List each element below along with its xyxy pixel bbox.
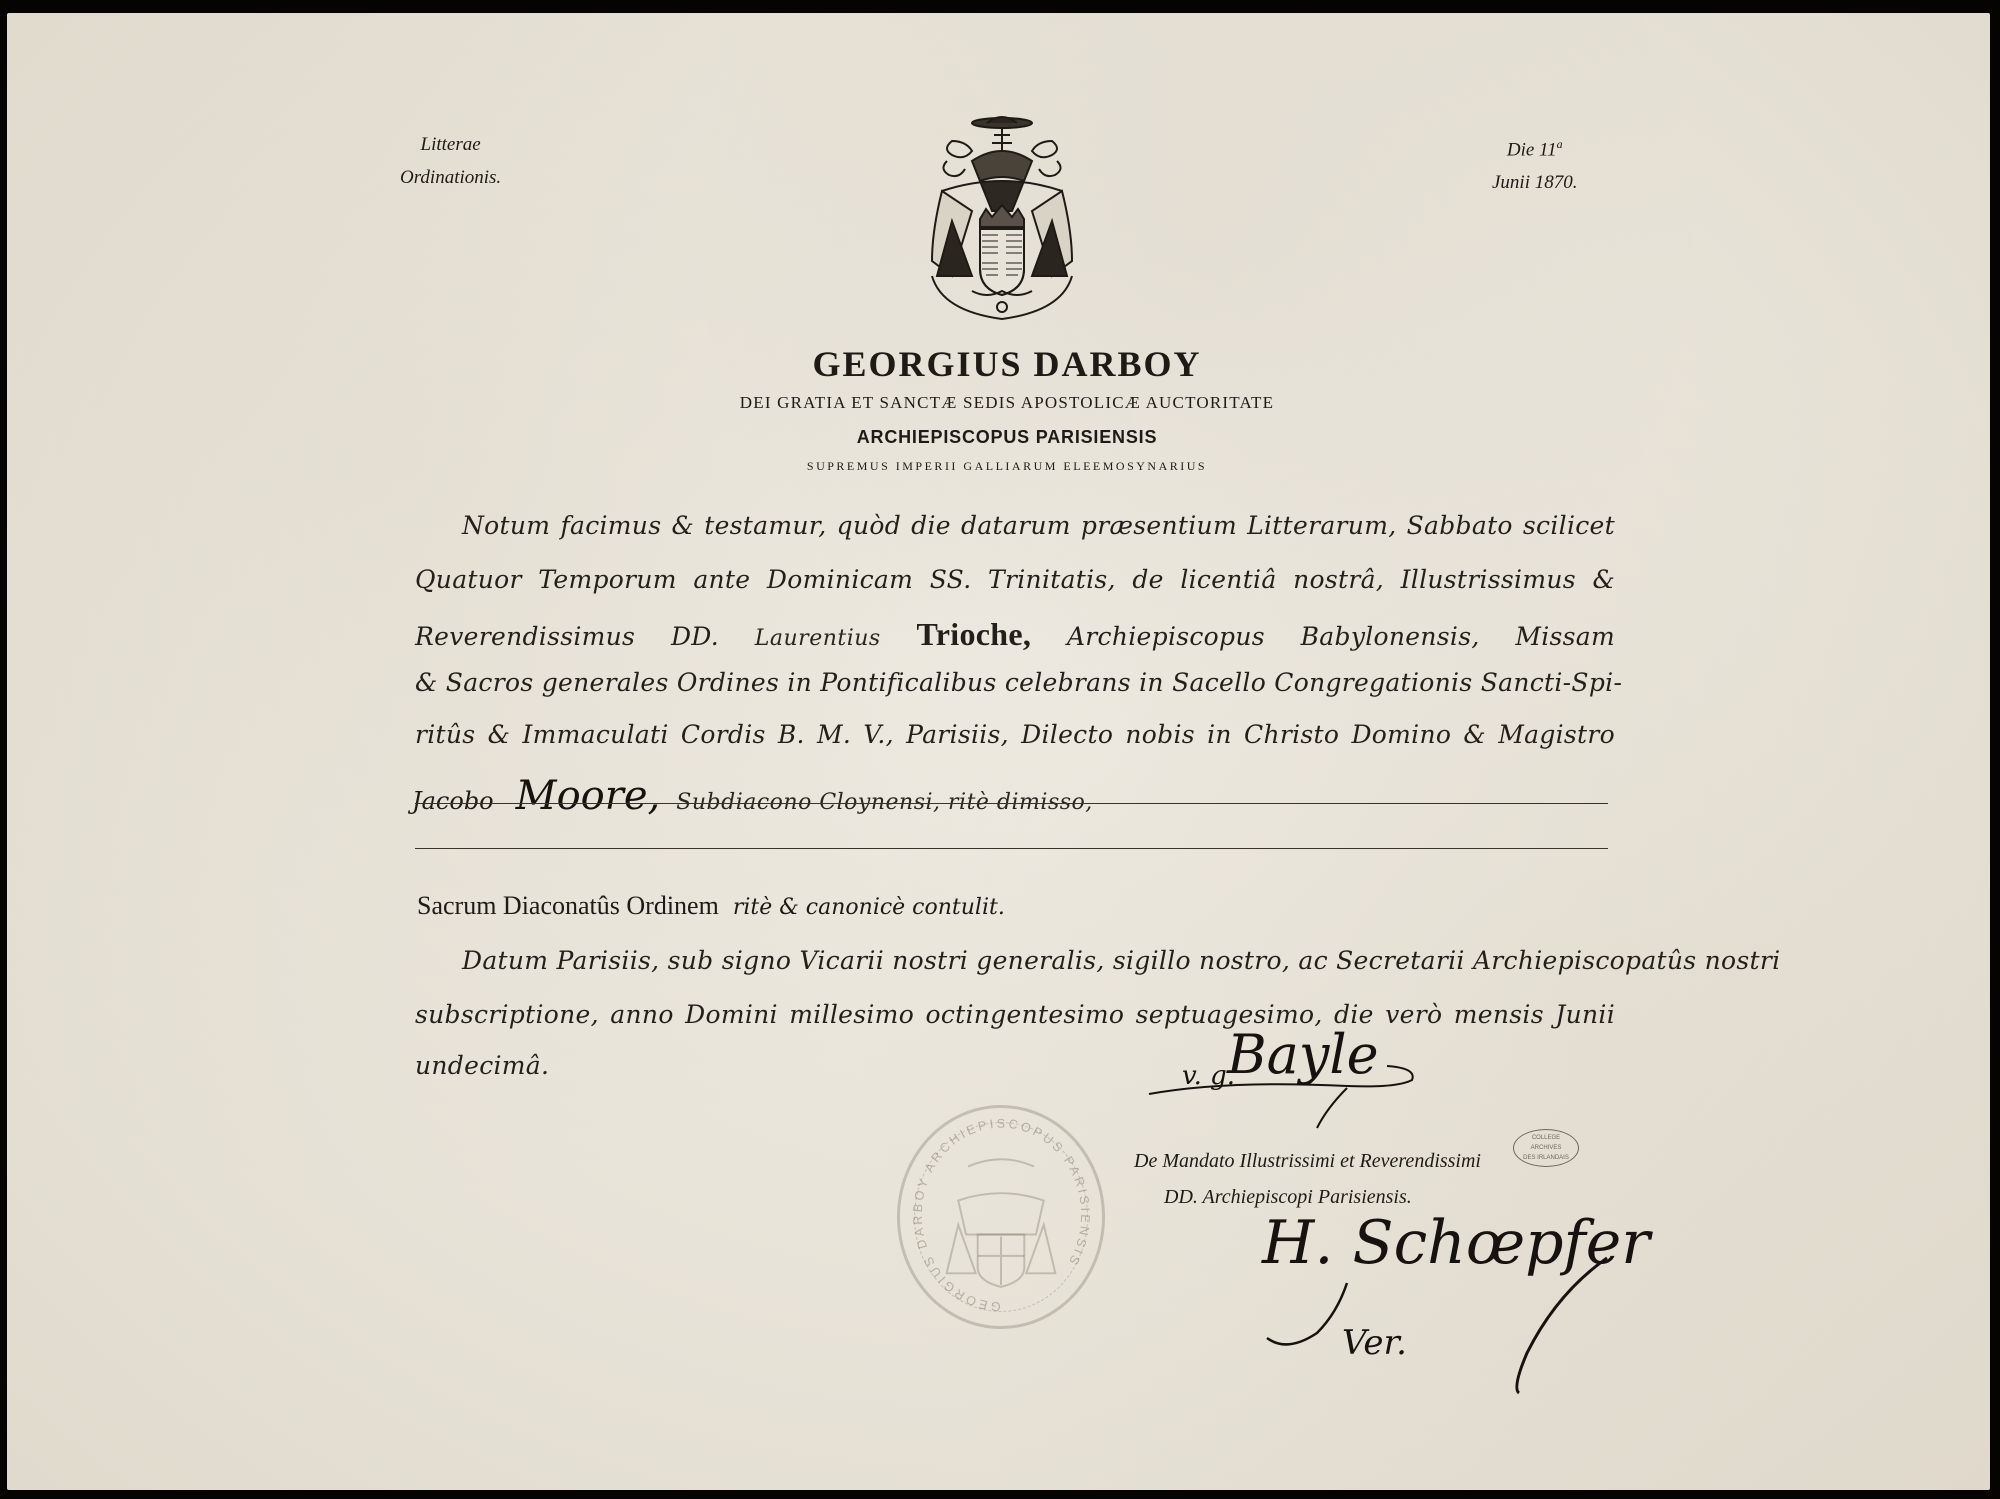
body-line-4: & Sacros generales Ordines in Pontifical… <box>415 668 1615 697</box>
body-line-3-suffix: Archiepiscopus Babylonensis, Missam <box>1067 622 1615 651</box>
document-type-label: Litterae Ordinationis. <box>400 128 501 194</box>
embossed-seal-icon: GEORGIUS DARBOY ARCHIEPISCOPUS PARISIENS… <box>897 1105 1105 1329</box>
body-line-3: Reverendissimus DD. Laurentius Trioche, … <box>415 616 1615 653</box>
label-line-2: Ordinationis. <box>400 161 501 194</box>
recipient-surname: Moore, <box>516 773 661 819</box>
archive-stamp-line-3: DES IRLANDAIS <box>1514 1153 1578 1163</box>
certificate-paper: Litterae Ordinationis. Die 11a Junii 187… <box>7 13 1990 1490</box>
date-superscript: a <box>1557 137 1563 151</box>
closing-line-2: subscriptione, anno Domini millesimo oct… <box>415 1000 1615 1029</box>
body-line-1: Notum facimus & testamur, quòd die datar… <box>462 511 1615 540</box>
vicar-title: v. g. <box>1182 1061 1235 1091</box>
closing-line-3: undecimâ. <box>415 1051 1615 1080</box>
title-line-2: DEI GRATIA ET SANCTÆ SEDIS APOSTOLICÆ AU… <box>707 393 1307 413</box>
order-rest: ritè & canonicè contulit. <box>733 895 1005 920</box>
seal-inscription: GEORGIUS DARBOY ARCHIEPISCOPUS PARISIENS… <box>900 1108 1102 1326</box>
label-line-1: Litterae <box>400 128 501 161</box>
title-line-4: SUPREMUS IMPERII GALLIARUM ELEEMOSYNARIU… <box>707 459 1307 474</box>
archbishop-name-heading: GEORGIUS DARBOY <box>707 343 1307 385</box>
archiepiscopal-coat-of-arms-icon <box>912 111 1092 326</box>
document-date: Die 11a Junii 1870. <box>1492 128 1578 199</box>
archive-stamp: COLLEGE ARCHIVES DES IRLANDAIS <box>1513 1129 1579 1167</box>
recipient-line: Jacobo Moore, Subdiacono Cloynensi, ritè… <box>412 773 1093 819</box>
body-line-2: Quatuor Temporum ante Dominicam SS. Trin… <box>415 565 1615 594</box>
recipient-prefix: Jacobo <box>412 787 494 815</box>
order-name: Sacrum Diaconatûs Ordinem <box>417 891 719 920</box>
body-line-5: ritûs & Immaculati Cordis B. M. V., Pari… <box>415 720 1615 749</box>
fill-in-rule-1 <box>415 803 1608 804</box>
mandate-line-1: De Mandato Illustrissimi et Reverendissi… <box>1134 1143 1481 1179</box>
title-line-3: ARCHIEPISCOPUS PARISIENSIS <box>707 427 1307 448</box>
date-line-1: Die 11a <box>1492 128 1578 166</box>
secretary-title: Ver. <box>1342 1323 1407 1363</box>
body-line-3-prefix: Reverendissimus DD. <box>415 622 719 651</box>
secretary-flourish-icon <box>1257 1203 1637 1403</box>
celebrant-first-name: Laurentius <box>755 626 881 651</box>
date-day: Die 11 <box>1507 139 1557 160</box>
archive-stamp-line-2: ARCHIVES <box>1514 1143 1578 1153</box>
celebrant-surname: Trioche, <box>917 616 1032 652</box>
date-line-2: Junii 1870. <box>1492 166 1578 199</box>
order-conferred-line: Sacrum Diaconatûs Ordinem ritè & canonic… <box>417 891 1005 921</box>
archive-stamp-line-1: COLLEGE <box>1514 1133 1578 1143</box>
fill-in-rule-2 <box>415 848 1608 849</box>
closing-line-1: Datum Parisiis, sub signo Vicarii nostri… <box>462 946 1615 975</box>
